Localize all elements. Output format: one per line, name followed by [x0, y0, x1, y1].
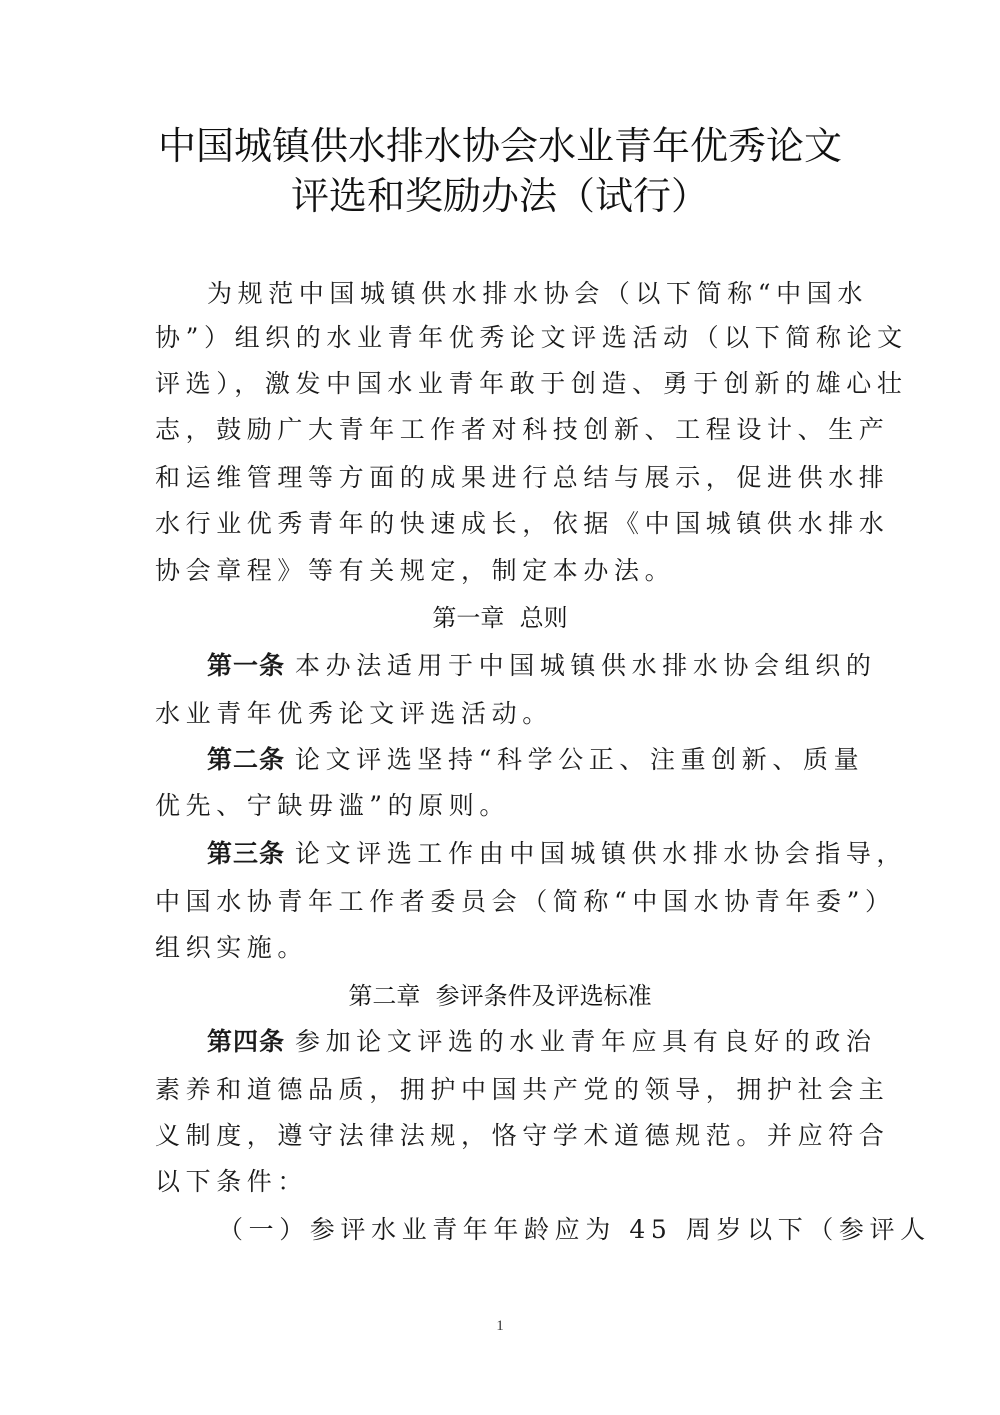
- article-2-line-2: 优先、宁缺毋滥”的原则。: [155, 786, 855, 826]
- article-1-label: 第一条: [207, 651, 285, 680]
- article-4-line-3: 义制度，遵守法律法规，恪守学术道德规范。并应符合: [155, 1116, 855, 1156]
- article-3-line-1: 第三条论文评选工作由中国城镇供水排水协会指导，: [207, 834, 907, 874]
- preamble-line-4: 志，鼓励广大青年工作者对科技创新、工程设计、生产: [155, 410, 855, 450]
- article-3-line-2: 中国水协青年工作者委员会（简称“中国水协青年委”）: [155, 882, 855, 922]
- article-1-text: 本办法适用于中国城镇供水排水协会组织的: [295, 651, 876, 680]
- preamble-line-7: 协会章程》等有关规定，制定本办法。: [155, 551, 855, 591]
- article-2-line-1: 第二条论文评选坚持“科学公正、注重创新、质量: [207, 740, 907, 780]
- article-4-line-1: 第四条参加论文评选的水业青年应具有良好的政治: [207, 1022, 907, 1062]
- article-1-line-2: 水业青年优秀论文评选活动。: [155, 694, 855, 734]
- preamble-line-5: 和运维管理等方面的成果进行总结与展示，促进供水排: [155, 458, 855, 498]
- article-3-label: 第三条: [207, 839, 285, 868]
- article-4-text: 参加论文评选的水业青年应具有良好的政治: [295, 1027, 876, 1056]
- page-number: 1: [0, 1318, 1000, 1335]
- chapter-2-heading: 第二章 参评条件及评选标准: [0, 976, 1000, 1016]
- article-4-label: 第四条: [207, 1027, 285, 1056]
- article-3-text: 论文评选工作由中国城镇供水排水协会指导，: [295, 839, 907, 868]
- article-2-label: 第二条: [207, 745, 285, 774]
- preamble-line-2: 协”）组织的水业青年优秀论文评选活动（以下简称论文: [155, 318, 855, 358]
- document-title-line-2: 评选和奖励办法（试行）: [120, 170, 880, 222]
- article-4-line-2: 素养和道德品质，拥护中国共产党的领导，拥护社会主: [155, 1070, 855, 1110]
- article-4-line-4: 以下条件：: [155, 1162, 855, 1202]
- article-1-line-1: 第一条本办法适用于中国城镇供水排水协会组织的: [207, 646, 907, 686]
- chapter-1-heading: 第一章 总则: [0, 598, 1000, 638]
- document-title-line-1: 中国城镇供水排水协会水业青年优秀论文: [120, 120, 880, 172]
- preamble-line-1: 为规范中国城镇供水排水协会（以下简称“中国水: [207, 274, 907, 314]
- preamble-line-3: 评选），激发中国水业青年敢于创造、勇于创新的雄心壮: [155, 364, 855, 404]
- preamble-line-6: 水行业优秀青年的快速成长，依据《中国城镇供水排水: [155, 504, 855, 544]
- item-1-line-1: （一）参评水业青年年龄应为 45 周岁以下（参评人: [218, 1210, 918, 1250]
- article-3-line-3: 组织实施。: [155, 928, 855, 968]
- document-page: 中国城镇供水排水协会水业青年优秀论文 评选和奖励办法（试行） 为规范中国城镇供水…: [0, 0, 1000, 1415]
- article-2-text: 论文评选坚持“科学公正、注重创新、质量: [295, 745, 864, 774]
